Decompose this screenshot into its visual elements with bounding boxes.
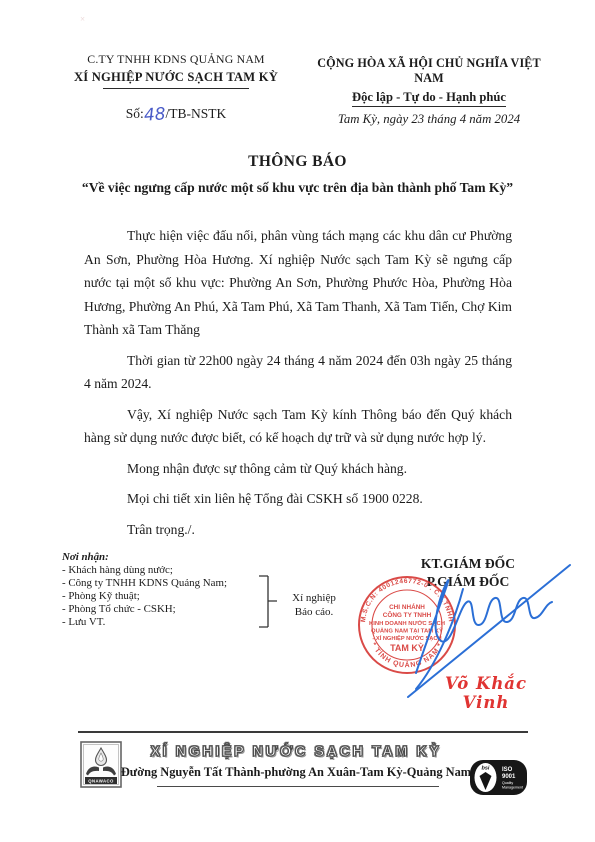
footer-address-underline xyxy=(157,786,439,787)
header-right-block: CỘNG HÒA XÃ HỘI CHỦ NGHĨA VIỆT NAM Độc l… xyxy=(303,56,555,107)
iso-certification-badge: bsi ISO 9001 Quality Management xyxy=(470,759,528,797)
place-date-line: Tam Kỳ, ngày 23 tháng 4 năm 2024 xyxy=(303,112,555,127)
body-paragraph-4: Mong nhận được sự thông cảm từ Quý khách… xyxy=(84,457,512,481)
recipient-item: - Công ty TNHH KDNS Quảng Nam; xyxy=(62,577,262,590)
body-paragraph-1: Thực hiện việc đấu nối, phân vùng tách m… xyxy=(84,224,512,342)
document-number-suffix: /TB-NSTK xyxy=(165,106,226,121)
body-paragraph-5: Mọi chi tiết xin liên hệ Tổng đài CSKH s… xyxy=(84,487,512,511)
parent-company-name: C.TY TNHH KDNS QUẢNG NAM xyxy=(60,52,292,67)
header-left-underline xyxy=(103,88,249,89)
footer-org-name: XÍ NGHIỆP NƯỚC SẠCH TAM KỲ xyxy=(128,744,464,760)
footer-top-rule xyxy=(78,731,528,733)
document-title: THÔNG BÁO xyxy=(0,153,595,171)
body-paragraph-6: Trân trọng./. xyxy=(84,518,512,542)
document-page: × C.TY TNHH KDNS QUẢNG NAM XÍ NGHIỆP NƯỚ… xyxy=(0,0,595,842)
recipient-item: - Phòng Kỹ thuật; xyxy=(62,590,262,603)
document-body: Thực hiện việc đấu nối, phân vùng tách m… xyxy=(84,224,512,548)
recipients-label: Nơi nhận: xyxy=(62,551,262,564)
signer-name: Võ Khắc Vinh xyxy=(420,674,552,712)
document-number-handwritten: 48 xyxy=(143,109,165,120)
national-motto: Độc lập - Tự do - Hạnh phúc xyxy=(352,90,506,107)
logo-text: QNAWACO xyxy=(88,778,114,783)
national-title: CỘNG HÒA XÃ HỘI CHỦ NGHĨA VIỆT NAM xyxy=(303,56,555,86)
header-left-block: C.TY TNHH KDNS QUẢNG NAM XÍ NGHIỆP NƯỚC … xyxy=(60,52,292,89)
iso-text-line3: Quality xyxy=(502,781,513,785)
recipients-block: Nơi nhận: - Khách hàng dùng nước; - Công… xyxy=(62,551,262,629)
issuing-unit-name: XÍ NGHIỆP NƯỚC SẠCH TAM KỲ xyxy=(60,70,292,85)
iso-text-line2: 9001 xyxy=(502,774,516,780)
document-subtitle: “Về việc ngưng cấp nước một số khu vực t… xyxy=(40,180,555,196)
body-paragraph-3: Vậy, Xí nghiệp Nước sạch Tam Kỳ kính Thô… xyxy=(84,403,512,450)
footer-address: Đường Nguyễn Tất Thành-phường An Xuân-Ta… xyxy=(120,765,472,780)
recipient-item: - Phòng Tổ chức - CSKH; xyxy=(62,603,262,616)
recipient-item: - Lưu VT. xyxy=(62,616,262,629)
bsi-logo-text: bsi xyxy=(482,766,490,772)
document-number-line: Số:48/TB-NSTK xyxy=(60,106,292,122)
recipient-item: - Khách hàng dùng nước; xyxy=(62,564,262,577)
document-number-prefix: Số: xyxy=(126,106,144,121)
iso-text-line1: ISO xyxy=(502,767,513,773)
body-paragraph-2: Thời gian từ 22h00 ngày 24 tháng 4 năm 2… xyxy=(84,349,512,396)
company-logo: QNAWACO xyxy=(80,741,122,788)
scan-artifact: × xyxy=(80,14,85,24)
iso-text-line4: Management xyxy=(502,786,523,790)
